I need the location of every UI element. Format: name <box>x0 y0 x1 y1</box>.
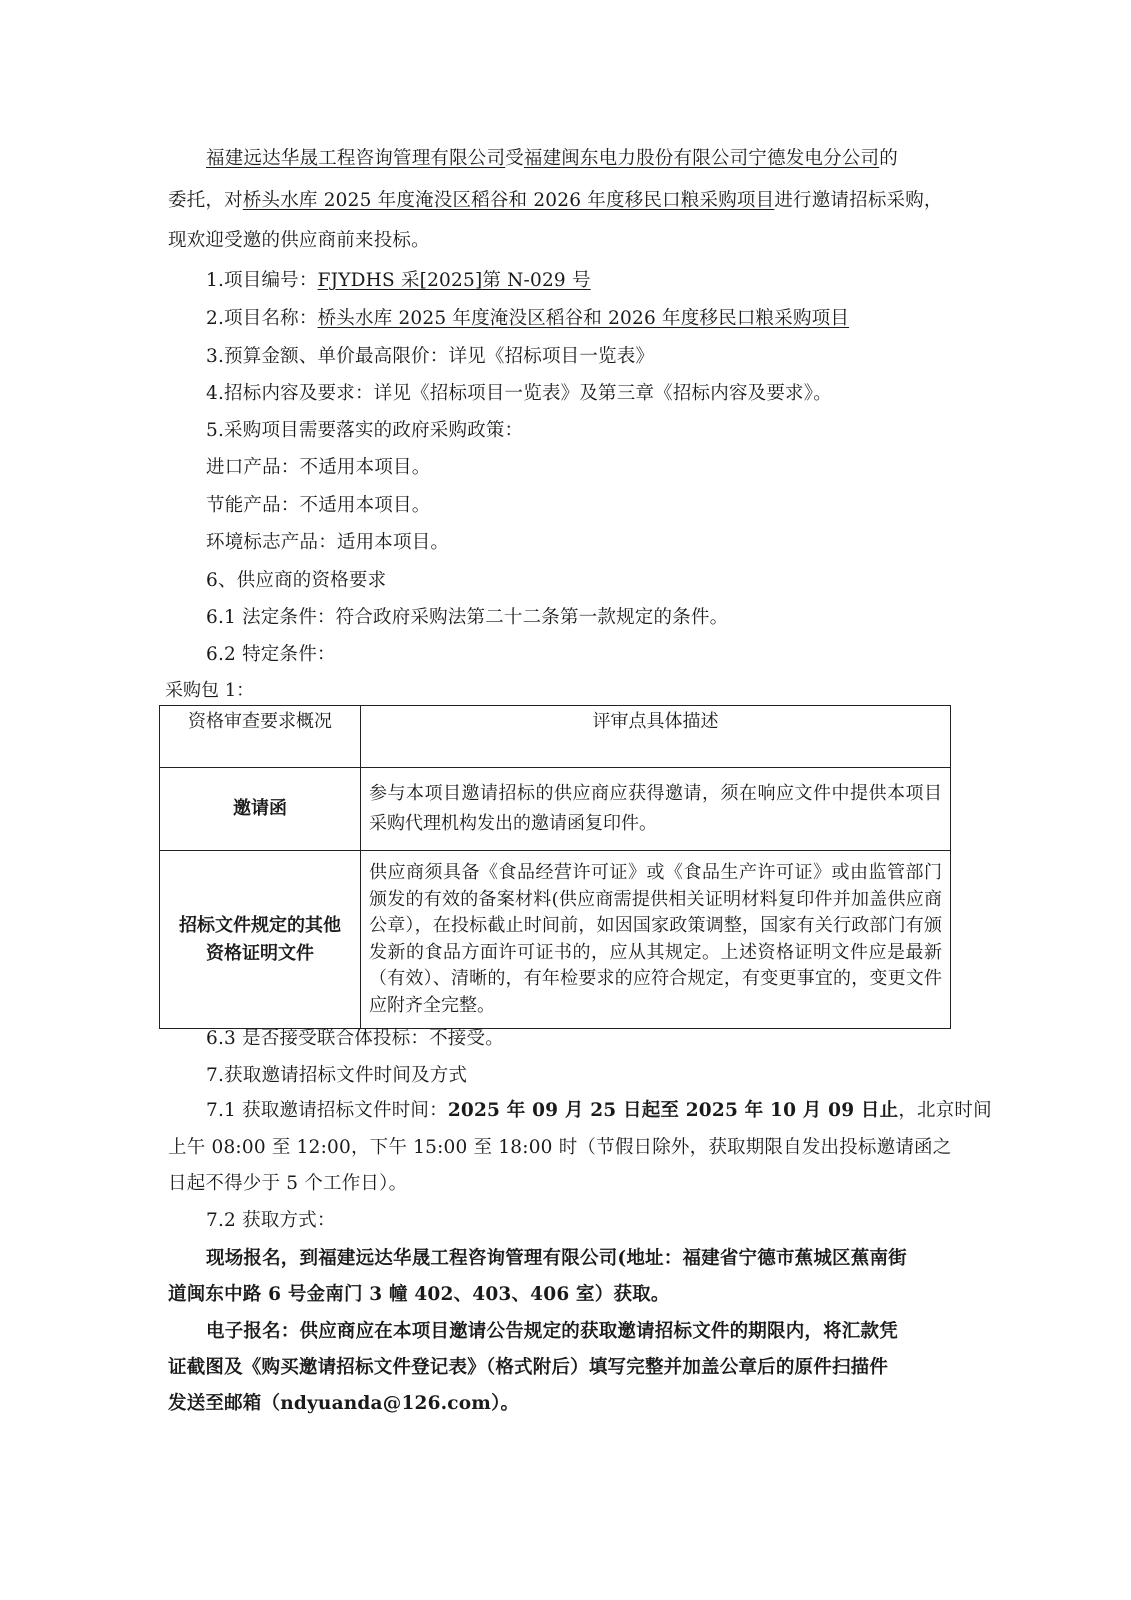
policy-energy: 节能产品：不适用本项目。 <box>206 494 430 518</box>
document-page: 福建远达华晟工程咨询管理有限公司受福建闽东电力股份有限公司宁德发电分公司的 委托… <box>0 0 1131 1600</box>
online-registration-line-1: 电子报名：供应商应在本项目邀请公告规定的获取邀请招标文件的期限内，将汇款凭 <box>206 1320 898 1344</box>
intro-line-1: 福建远达华晟工程咨询管理有限公司受福建闽东电力股份有限公司宁德发电分公司的 <box>206 147 898 171</box>
package-label: 采购包 1： <box>165 679 254 703</box>
table-row: 邀请函 参与本项目邀请招标的供应商应获得邀请，须在响应文件中提供本项目采购代理机… <box>160 768 951 851</box>
policy-environment: 环境标志产品：适用本项目。 <box>206 531 449 555</box>
onsite-registration-line-2: 道闽东中路 6 号金南门 3 幢 402、403、406 室）获取。 <box>168 1283 670 1307</box>
item-obtain-method: 7.2 获取方式： <box>206 1209 336 1233</box>
table-cell-desc: 参与本项目邀请招标的供应商应获得邀请，须在响应文件中提供本项目采购代理机构发出的… <box>361 768 951 851</box>
item-legal-conditions: 6.1 法定条件：符合政府采购法第二十二条第一款规定的条件。 <box>206 606 728 630</box>
client-name: 福建闽东电力股份有限公司宁德发电分公司 <box>524 148 879 169</box>
table-header-cell: 资格审查要求概况 <box>160 706 361 768</box>
table-cell-item: 邀请函 <box>160 768 361 851</box>
item-specific-conditions: 6.2 特定条件： <box>206 643 336 667</box>
policy-import: 进口产品：不适用本项目。 <box>206 456 430 480</box>
item-project-number: 1.项目编号：FJYDHS 采[2025]第 N-029 号 <box>206 269 591 293</box>
item-obtain-time: 7.1 获取邀请招标文件时间：2025 年 09 月 25 日起至 2025 年… <box>206 1099 992 1123</box>
agency-name: 福建远达华晟工程咨询管理有限公司 <box>206 148 505 169</box>
table-cell-item: 招标文件规定的其他资格证明文件 <box>160 851 361 1029</box>
item-consortium: 6.3 是否接受联合体投标：不接受。 <box>206 1027 504 1051</box>
item-qualifications: 6、供应商的资格要求 <box>206 569 386 593</box>
obtain-time-line-3: 日起不得少于 5 个工作日）。 <box>168 1172 407 1196</box>
item-policy: 5.采购项目需要落实的政府采购政策： <box>206 419 523 443</box>
table-header-row: 资格审查要求概况 评审点具体描述 <box>160 706 951 768</box>
obtain-time-line-2: 上午 08:00 至 12:00，下午 15:00 至 18:00 时（节假日除… <box>168 1136 951 1160</box>
item-requirements: 4.招标内容及要求：详见《招标项目一览表》及第三章《招标内容及要求》。 <box>206 382 832 406</box>
project-name: 桥头水库 2025 年度淹没区稻谷和 2026 年度移民口粮采购项目 <box>243 190 775 211</box>
item-obtain-docs: 7.获取邀请招标文件时间及方式 <box>206 1064 467 1088</box>
item-project-title: 2.项目名称：桥头水库 2025 年度淹没区稻谷和 2026 年度移民口粮采购项… <box>206 307 849 331</box>
table-row: 招标文件规定的其他资格证明文件 供应商须具备《食品经营许可证》或《食品生产许可证… <box>160 851 951 1029</box>
online-registration-line-2: 证截图及《购买邀请招标文件登记表》（格式附后）填写完整并加盖公章后的原件扫描件 <box>168 1356 888 1380</box>
qualification-table: 资格审查要求概况 评审点具体描述 邀请函 参与本项目邀请招标的供应商应获得邀请，… <box>159 705 951 1029</box>
online-registration-email: 发送至邮箱（ndyuanda@126.com）。 <box>168 1392 519 1416</box>
item-budget: 3.预算金额、单价最高限价：详见《招标项目一览表》 <box>206 345 654 369</box>
intro-line-3: 现欢迎受邀的供应商前来投标。 <box>168 229 430 253</box>
onsite-registration-line-1: 现场报名，到福建远达华晟工程咨询管理有限公司(地址：福建省宁德市蕉城区蕉南街 <box>206 1247 907 1271</box>
intro-line-2: 委托，对桥头水库 2025 年度淹没区稻谷和 2026 年度移民口粮采购项目进行… <box>168 189 943 213</box>
table-cell-desc: 供应商须具备《食品经营许可证》或《食品生产许可证》或由监管部门颁发的有效的备案材… <box>361 851 951 1029</box>
table-header-cell: 评审点具体描述 <box>361 706 951 768</box>
